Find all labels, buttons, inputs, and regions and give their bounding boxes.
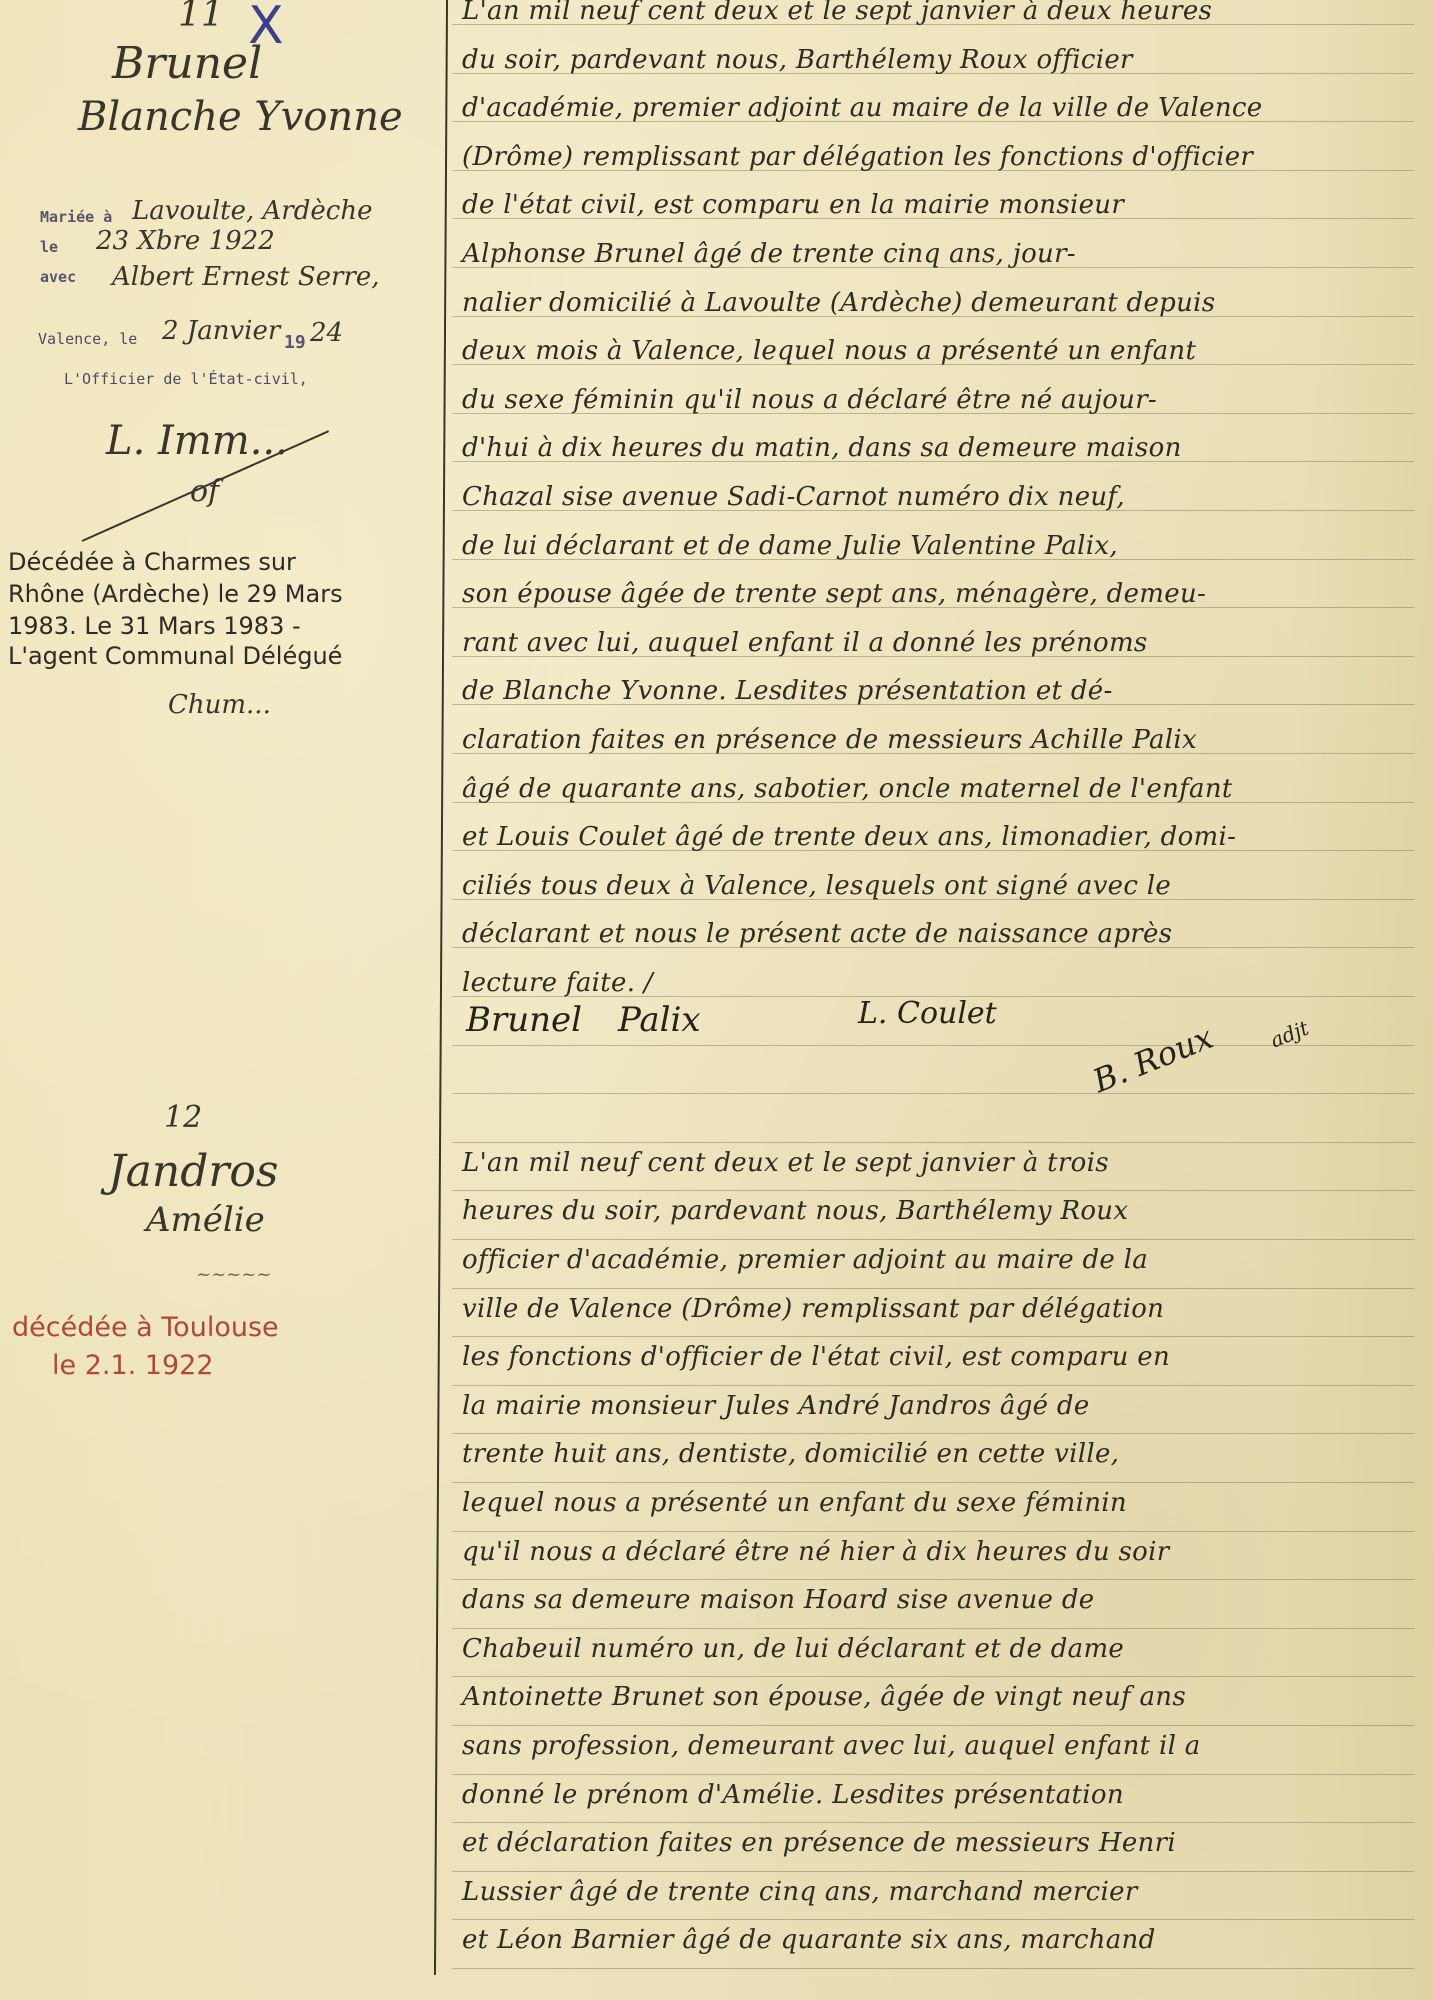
record-text-line: sans profession, demeurant avec lui, auq…: [462, 1733, 1402, 1759]
record-text-line: trente huit ans, dentiste, domicilié en …: [462, 1441, 1402, 1467]
record-text-line: officier d'académie, premier adjoint au …: [462, 1247, 1402, 1273]
record-text-line: Lussier âgé de trente cinq ans, marchand…: [462, 1879, 1402, 1905]
death-note-line: le 2.1. 1922: [52, 1350, 214, 1381]
record-text-line: de l'état civil, est comparu en la mairi…: [462, 192, 1402, 218]
register-page: 11 X Brunel Blanche Yvonne Mariée à Lavo…: [0, 0, 1433, 2000]
ruled-line: [452, 1093, 1414, 1094]
ruled-line: [452, 1190, 1414, 1191]
stamp-date: 2 Janvier: [162, 316, 280, 346]
margin-surname: Brunel: [112, 38, 262, 89]
ruled-line: [452, 1288, 1414, 1289]
stamp-with-label: avec: [40, 268, 76, 286]
record-text-line: dans sa demeure maison Hoard sise avenue…: [462, 1587, 1402, 1613]
stamp-year-prefix: 19: [284, 332, 306, 353]
marriage-date: 23 Xbre 1922: [96, 226, 275, 256]
stamp-married-label: Mariée à: [40, 208, 112, 226]
signature-declarant: Brunel: [466, 1000, 582, 1040]
record-text-line: claration faites en présence de messieur…: [462, 727, 1402, 753]
ruled-line: [452, 1239, 1414, 1240]
record-text-line: et déclaration faites en présence de mes…: [462, 1830, 1402, 1856]
record-text-line: d'académie, premier adjoint au maire de …: [462, 95, 1402, 121]
ruled-line: [452, 1385, 1414, 1386]
divider-squiggle: ~~~~~: [196, 1264, 271, 1285]
margin-surname: Jandros: [108, 1146, 278, 1197]
record-text-line: de lui déclarant et de dame Julie Valent…: [462, 533, 1402, 559]
record-text-line: ciliés tous deux à Valence, lesquels ont…: [462, 873, 1402, 899]
stamp-officer-label: L'Officier de l'État-civil,: [64, 370, 308, 388]
record-text-line: Antoinette Brunet son épouse, âgée de vi…: [462, 1684, 1402, 1710]
record-text-line: Chazal sise avenue Sadi-Carnot numéro di…: [462, 484, 1402, 510]
record-text-line: (Drôme) remplissant par délégation les f…: [462, 144, 1402, 170]
record-text-line: L'an mil neuf cent deux et le sept janvi…: [462, 0, 1402, 24]
record-text-line: lecture faite. /: [462, 970, 1402, 996]
ruled-line: [452, 1919, 1414, 1920]
signature-officer-title: adjt: [1267, 1016, 1312, 1053]
record-text-line: L'an mil neuf cent deux et le sept janvi…: [462, 1150, 1402, 1176]
record-text-line: la mairie monsieur Jules André Jandros â…: [462, 1393, 1402, 1419]
record-text-line: nalier domicilié à Lavoulte (Ardèche) de…: [462, 290, 1402, 316]
signature-officer: B. Roux: [1087, 1018, 1218, 1100]
record-text-line: et Léon Barnier âgé de quarante six ans,…: [462, 1927, 1402, 1953]
ruled-line: [452, 1676, 1414, 1677]
record-text-line: de Blanche Yvonne. Lesdites présentation…: [462, 678, 1402, 704]
entry-number: 12: [164, 1100, 202, 1135]
death-note-line: 1983. Le 31 Mars 1983 -: [8, 612, 301, 640]
record-text-line: déclarant et nous le présent acte de nai…: [462, 921, 1402, 947]
record-text-line: deux mois à Valence, lequel nous a prése…: [462, 338, 1402, 364]
ruled-line: [452, 1482, 1414, 1483]
margin-column: 11 X Brunel Blanche Yvonne Mariée à Lavo…: [0, 0, 440, 2000]
ruled-line: [452, 1579, 1414, 1580]
spouse-name: Albert Ernest Serre,: [112, 262, 380, 292]
ruled-line: [452, 1968, 1414, 1969]
ruled-line: [452, 1142, 1414, 1143]
ruled-line: [452, 1871, 1414, 1872]
record-text-line: du sexe féminin qu'il nous a déclaré êtr…: [462, 387, 1402, 413]
record-text-line: d'hui à dix heures du matin, dans sa dem…: [462, 435, 1402, 461]
signature-witness-1: Palix: [618, 1000, 701, 1040]
ruled-line: [452, 1336, 1414, 1337]
record-text-line: son épouse âgée de trente sept ans, ména…: [462, 581, 1402, 607]
record-text-line: heures du soir, pardevant nous, Barthéle…: [462, 1198, 1402, 1224]
record-text-line: ville de Valence (Drôme) remplissant par…: [462, 1296, 1402, 1322]
margin-given-names: Blanche Yvonne: [78, 94, 403, 140]
officer-signature: L. Imm...: [106, 418, 288, 464]
record-text-line: les fonctions d'officier de l'état civil…: [462, 1344, 1402, 1370]
stamp-place-label: Valence, le: [38, 330, 137, 348]
entry-number: 11: [178, 0, 224, 35]
record-text-line: Chabeuil numéro un, de lui déclarant et …: [462, 1636, 1402, 1662]
record-text-line: du soir, pardevant nous, Barthélemy Roux…: [462, 47, 1402, 73]
death-note-line: décédée à Toulouse: [12, 1312, 279, 1343]
marriage-place: Lavoulte, Ardèche: [132, 196, 372, 226]
ruled-line: [452, 1822, 1414, 1823]
stamp-year-suffix: 24: [310, 318, 343, 348]
ruled-line: [452, 1628, 1414, 1629]
record-text-line: âgé de quarante ans, sabotier, oncle mat…: [462, 776, 1402, 802]
death-note-line: Rhône (Ardèche) le 29 Mars: [8, 580, 343, 608]
death-note-signature: Chum...: [168, 690, 271, 720]
record-text-line: Alphonse Brunel âgé de trente cinq ans, …: [462, 241, 1402, 267]
record-text-line: rant avec lui, auquel enfant il a donné …: [462, 630, 1402, 656]
margin-given-names: Amélie: [146, 1200, 265, 1240]
ruled-line: [452, 1045, 1414, 1046]
record-text-line: donné le prénom d'Amélie. Lesdites prése…: [462, 1782, 1402, 1808]
death-note-line: L'agent Communal Délégué: [8, 642, 342, 670]
ruled-line: [452, 1774, 1414, 1775]
ruled-line: [452, 1433, 1414, 1434]
record-text-line: qu'il nous a déclaré être né hier à dix …: [462, 1539, 1402, 1565]
ruled-line: [452, 1725, 1414, 1726]
stamp-date-label: le: [40, 238, 58, 256]
death-note-line: Décédée à Charmes sur: [8, 548, 296, 576]
record-text-line: et Louis Coulet âgé de trente deux ans, …: [462, 824, 1402, 850]
record-text-line: lequel nous a présenté un enfant du sexe…: [462, 1490, 1402, 1516]
signature-witness-2: L. Coulet: [858, 996, 997, 1031]
ruled-line: [452, 1531, 1414, 1532]
